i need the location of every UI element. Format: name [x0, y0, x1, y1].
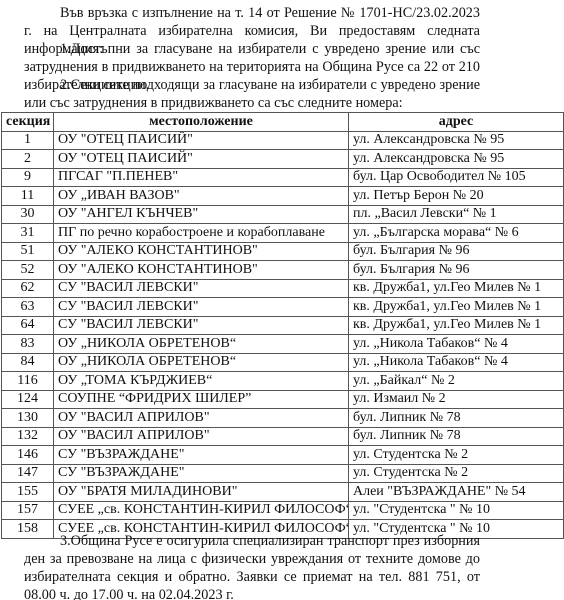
cell-section-number: 64	[2, 316, 54, 335]
cell-section-number: 130	[2, 409, 54, 428]
table-row: 31ПГ по речно корабостроене и корабоплав…	[2, 224, 564, 243]
cell-location: ОУ "АНГЕЛ КЪНЧЕВ"	[54, 205, 349, 224]
cell-section-number: 51	[2, 242, 54, 261]
intro-paragraph-sections-list: 2.Секциите подходящи за гласуване на изб…	[24, 76, 480, 112]
cell-location: ОУ "ОТЕЦ ПАИСИЙ"	[54, 150, 349, 169]
table-row: 83ОУ „НИКОЛА ОБРЕТЕНОВ“ул. „Никола Табак…	[2, 335, 564, 354]
table-row: 9ПГСАГ "П.ПЕНЕВ"бул. Цар Освободител № 1…	[2, 168, 564, 187]
table-row: 130ОУ "ВАСИЛ АПРИЛОВ"бул. Липник № 78	[2, 409, 564, 428]
cell-section-number: 9	[2, 168, 54, 187]
cell-section-number: 124	[2, 390, 54, 409]
cell-location: СУ "ВЪЗРАЖДАНЕ"	[54, 464, 349, 483]
cell-section-number: 2	[2, 150, 54, 169]
table-row: 146СУ "ВЪЗРАЖДАНЕ"ул. Студентска № 2	[2, 446, 564, 465]
cell-location: СОУПНЕ “ФРИДРИХ ШИЛЕР”	[54, 390, 349, 409]
header-section: секция	[2, 113, 54, 132]
polling-sections-table: секция местоположение адрес 1ОУ "ОТЕЦ ПА…	[1, 112, 564, 539]
table-row: 132ОУ "ВАСИЛ АПРИЛОВ"бул. Липник № 78	[2, 427, 564, 446]
table-row: 64СУ "ВАСИЛ ЛЕВСКИ"кв. Дружба1, ул.Гео М…	[2, 316, 564, 335]
table-row: 147СУ "ВЪЗРАЖДАНЕ"ул. Студентска № 2	[2, 464, 564, 483]
cell-location: ОУ „НИКОЛА ОБРЕТЕНОВ“	[54, 353, 349, 372]
cell-section-number: 155	[2, 483, 54, 502]
table-body: 1ОУ "ОТЕЦ ПАИСИЙ"ул. Александровска № 95…	[2, 131, 564, 538]
cell-address: бул. Липник № 78	[349, 427, 564, 446]
cell-address: кв. Дружба1, ул.Гео Милев № 1	[349, 316, 564, 335]
cell-section-number: 157	[2, 501, 54, 520]
cell-location: ОУ „ИВАН ВАЗОВ"	[54, 187, 349, 206]
cell-location: ОУ "АЛЕКО КОНСТАНТИНОВ"	[54, 242, 349, 261]
cell-address: ул. „Байкал“ № 2	[349, 372, 564, 391]
cell-location: СУ "ВЪЗРАЖДАНЕ"	[54, 446, 349, 465]
cell-section-number: 31	[2, 224, 54, 243]
cell-section-number: 63	[2, 298, 54, 317]
table-header-row: секция местоположение адрес	[2, 113, 564, 132]
cell-location: ОУ „ТОМА КЪРДЖИЕВ“	[54, 372, 349, 391]
closing-paragraph-transport: 3.Община Русе е осигурила специализиран …	[24, 532, 480, 600]
table-row: 124 СОУПНЕ “ФРИДРИХ ШИЛЕР”ул. Измаил № 2	[2, 390, 564, 409]
cell-location: ПГ по речно корабостроене и корабоплаван…	[54, 224, 349, 243]
table-row: 116ОУ „ТОМА КЪРДЖИЕВ“ул. „Байкал“ № 2	[2, 372, 564, 391]
cell-section-number: 146	[2, 446, 54, 465]
table-row: 155ОУ "БРАТЯ МИЛАДИНОВИ"Алеи "ВЪЗРАЖДАНЕ…	[2, 483, 564, 502]
cell-address: ул. „Българска морава“ № 6	[349, 224, 564, 243]
cell-address: кв. Дружба1, ул.Гео Милев № 1	[349, 298, 564, 317]
cell-address: ул. "Студентска " № 10	[349, 501, 564, 520]
table-row: 51ОУ "АЛЕКО КОНСТАНТИНОВ"бул. България №…	[2, 242, 564, 261]
table-row: 84ОУ „НИКОЛА ОБРЕТЕНОВ“ул. „Никола Табак…	[2, 353, 564, 372]
cell-location: ОУ „НИКОЛА ОБРЕТЕНОВ“	[54, 335, 349, 354]
cell-section-number: 84	[2, 353, 54, 372]
cell-address: ул. Александровска № 95	[349, 150, 564, 169]
header-location: местоположение	[54, 113, 349, 132]
cell-address: кв. Дружба1, ул.Гео Милев № 1	[349, 279, 564, 298]
table-row: 2ОУ "ОТЕЦ ПАИСИЙ"ул. Александровска № 95	[2, 150, 564, 169]
cell-section-number: 83	[2, 335, 54, 354]
table-row: 52ОУ "АЛЕКО КОНСТАНТИНОВ"бул. България №…	[2, 261, 564, 280]
cell-section-number: 11	[2, 187, 54, 206]
table-row: 11ОУ „ИВАН ВАЗОВ"ул. Петър Берон № 20	[2, 187, 564, 206]
cell-location: ОУ "БРАТЯ МИЛАДИНОВИ"	[54, 483, 349, 502]
cell-location: ОУ "ВАСИЛ АПРИЛОВ"	[54, 427, 349, 446]
cell-address: Алеи "ВЪЗРАЖДАНЕ" № 54	[349, 483, 564, 502]
cell-location: ОУ "АЛЕКО КОНСТАНТИНОВ"	[54, 261, 349, 280]
cell-address: бул. България № 96	[349, 261, 564, 280]
cell-address: ул. Студентска № 2	[349, 464, 564, 483]
cell-address: ул. „Никола Табаков“ № 4	[349, 335, 564, 354]
cell-address: ул. „Никола Табаков“ № 4	[349, 353, 564, 372]
cell-location: СУ "ВАСИЛ ЛЕВСКИ"	[54, 279, 349, 298]
cell-section-number: 116	[2, 372, 54, 391]
cell-location: СУЕЕ „св. КОНСТАНТИН-КИРИЛ ФИЛОСОФ“	[54, 501, 349, 520]
cell-address: ул. Петър Берон № 20	[349, 187, 564, 206]
cell-address: ул. Измаил № 2	[349, 390, 564, 409]
cell-address: пл. „Васил Левски“ № 1	[349, 205, 564, 224]
table-row: 63СУ "ВАСИЛ ЛЕВСКИ"кв. Дружба1, ул.Гео М…	[2, 298, 564, 317]
cell-location: СУ "ВАСИЛ ЛЕВСКИ"	[54, 316, 349, 335]
table-row: 62СУ "ВАСИЛ ЛЕВСКИ"кв. Дружба1, ул.Гео М…	[2, 279, 564, 298]
cell-address: ул. Студентска № 2	[349, 446, 564, 465]
cell-section-number: 62	[2, 279, 54, 298]
cell-address: бул. Цар Освободител № 105	[349, 168, 564, 187]
table-row: 157СУЕЕ „св. КОНСТАНТИН-КИРИЛ ФИЛОСОФ“ул…	[2, 501, 564, 520]
cell-address: бул. Липник № 78	[349, 409, 564, 428]
cell-section-number: 147	[2, 464, 54, 483]
table-row: 30ОУ "АНГЕЛ КЪНЧЕВ"пл. „Васил Левски“ № …	[2, 205, 564, 224]
table-row: 1ОУ "ОТЕЦ ПАИСИЙ"ул. Александровска № 95	[2, 131, 564, 150]
cell-location: ОУ "ОТЕЦ ПАИСИЙ"	[54, 131, 349, 150]
cell-section-number: 52	[2, 261, 54, 280]
cell-location: СУ "ВАСИЛ ЛЕВСКИ"	[54, 298, 349, 317]
cell-section-number: 30	[2, 205, 54, 224]
cell-address: бул. България № 96	[349, 242, 564, 261]
cell-address: ул. Александровска № 95	[349, 131, 564, 150]
cell-location: ОУ "ВАСИЛ АПРИЛОВ"	[54, 409, 349, 428]
header-address: адрес	[349, 113, 564, 132]
cell-section-number: 1	[2, 131, 54, 150]
cell-section-number: 132	[2, 427, 54, 446]
cell-location: ПГСАГ "П.ПЕНЕВ"	[54, 168, 349, 187]
